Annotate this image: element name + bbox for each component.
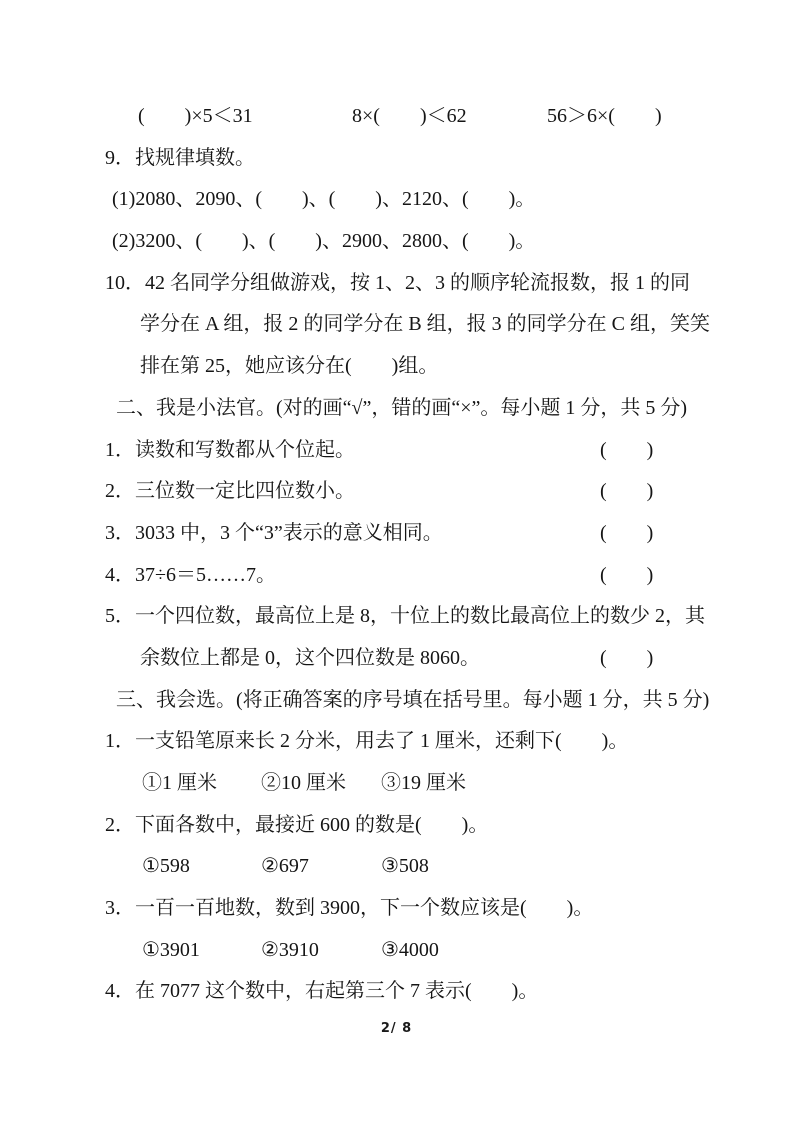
judge-item-4-text: 4．37÷6＝5……7。 xyxy=(105,564,276,586)
judge-item-5-line-2: 余数位上都是 0，这个四位数是 8060。 ( ) xyxy=(103,638,703,680)
option-1: ①3901 xyxy=(142,930,200,972)
option-2: ②10 厘米 xyxy=(261,763,346,805)
question-9-label: 9．找规律填数。 xyxy=(103,138,703,180)
option-3: ③19 厘米 xyxy=(381,763,466,805)
question-9-sequence-2: (2)3200、( )、( )、2900、2800、( )。 xyxy=(103,221,703,263)
blank-expression-2: 8×( )＜62 xyxy=(352,96,467,138)
option-1: ①1 厘米 xyxy=(142,763,217,805)
option-3: ③4000 xyxy=(381,930,439,972)
judge-item-2-text: 2．三位数一定比四位数小。 xyxy=(105,480,355,502)
option-2: ②3910 xyxy=(261,930,319,972)
judge-item-2-answer-blank: ( ) xyxy=(600,471,653,513)
judge-item-1-answer-blank: ( ) xyxy=(600,430,653,472)
judge-item-4-answer-blank: ( ) xyxy=(600,555,653,597)
choice-question-1-options: ①1 厘米 ②10 厘米 ③19 厘米 xyxy=(103,763,703,805)
blank-expression-1: ( )×5＜31 xyxy=(138,96,253,138)
blank-expression-3: 56＞6×( ) xyxy=(547,96,662,138)
question-10-line-1: 10．42 名同学分组做游戏，按 1、2、3 的顺序轮流报数，报 1 的同 xyxy=(103,263,703,305)
judge-item-5-line-1: 5．一个四位数，最高位上是 8，十位上的数比最高位上的数少 2，其 xyxy=(103,596,703,638)
option-3: ③508 xyxy=(381,846,429,888)
question-10-line-3: 排在第 25，她应该分在( )组。 xyxy=(103,346,703,388)
judge-item-1: 1．读数和写数都从个位起。 ( ) xyxy=(103,430,703,472)
question-10-line-2: 学分在 A 组，报 2 的同学分在 B 组，报 3 的同学分在 C 组，笑笑 xyxy=(103,304,703,346)
page-content: ( )×5＜31 8×( )＜62 56＞6×( ) 9．找规律填数。 (1)2… xyxy=(103,96,703,1013)
section-two-header: 二、我是小法官。(对的画“√”，错的画“×”。每小题 1 分，共 5 分) xyxy=(103,388,703,430)
judge-item-4: 4．37÷6＝5……7。 ( ) xyxy=(103,555,703,597)
choice-question-4: 4．在 7077 这个数中，右起第三个 7 表示( )。 xyxy=(103,971,703,1013)
question-9-sequence-1: (1)2080、2090、( )、( )、2120、( )。 xyxy=(103,179,703,221)
judge-item-5-answer-blank: ( ) xyxy=(600,638,653,680)
choice-question-3: 3．一百一百地数，数到 3900，下一个数应该是( )。 xyxy=(103,888,703,930)
choice-question-2-options: ①598 ②697 ③508 xyxy=(103,846,703,888)
blank-inequalities-row: ( )×5＜31 8×( )＜62 56＞6×( ) xyxy=(103,96,703,138)
option-1: ①598 xyxy=(142,846,190,888)
choice-question-2: 2．下面各数中，最接近 600 的数是( )。 xyxy=(103,805,703,847)
option-2: ②697 xyxy=(261,846,309,888)
judge-item-5-text: 余数位上都是 0，这个四位数是 8060。 xyxy=(140,647,480,669)
choice-question-1: 1．一支铅笔原来长 2 分米，用去了 1 厘米，还剩下( )。 xyxy=(103,721,703,763)
test-paper-page: ( )×5＜31 8×( )＜62 56＞6×( ) 9．找规律填数。 (1)2… xyxy=(0,0,793,1122)
section-three-header: 三、我会选。(将正确答案的序号填在括号里。每小题 1 分，共 5 分) xyxy=(103,680,703,722)
judge-item-2: 2．三位数一定比四位数小。 ( ) xyxy=(103,471,703,513)
judge-item-3-answer-blank: ( ) xyxy=(600,513,653,555)
choice-question-3-options: ①3901 ②3910 ③4000 xyxy=(103,930,703,972)
judge-item-1-text: 1．读数和写数都从个位起。 xyxy=(105,439,355,461)
judge-item-3-text: 3．3033 中，3 个“3”表示的意义相同。 xyxy=(105,522,443,544)
judge-item-3: 3．3033 中，3 个“3”表示的意义相同。 ( ) xyxy=(103,513,703,555)
page-number: 2/ 8 xyxy=(0,1021,793,1036)
